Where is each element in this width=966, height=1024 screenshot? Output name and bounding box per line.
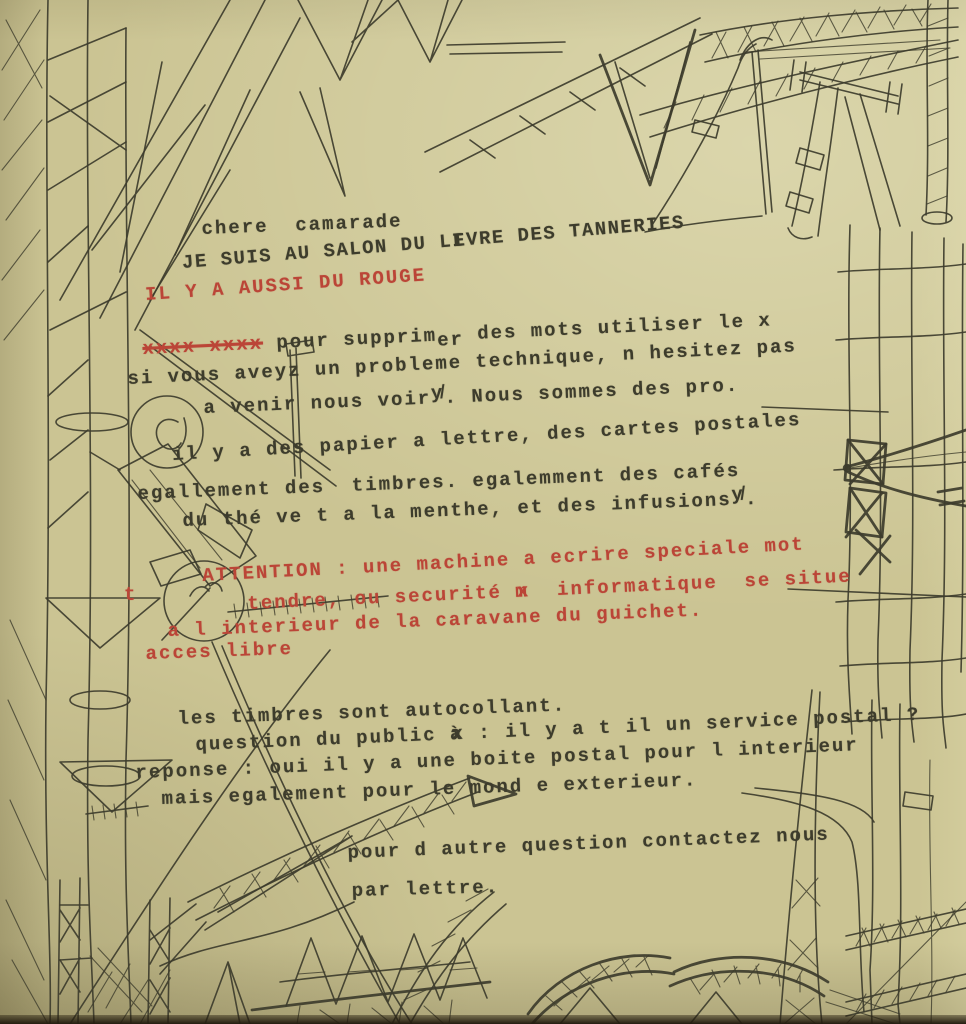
typed-line-0: chere camarade <box>201 210 403 240</box>
typed-line-6: il y a des papier a lettre, des cartes p… <box>172 409 802 466</box>
typed-text-layer: chere camaradeJE SUIS AU SALON DU LIEVRE… <box>0 0 966 1024</box>
photo-bottom-edge <box>0 1015 966 1024</box>
typed-line-18: pour d autre question contactez nous <box>347 823 830 864</box>
letter-photo: chere camaradeJE SUIS AU SALON DU LIEVRE… <box>0 0 966 1024</box>
typed-line-19: par lettre. <box>351 876 499 902</box>
typed-line-13: t <box>124 584 137 606</box>
typed-line-12: acces libre <box>145 638 293 665</box>
